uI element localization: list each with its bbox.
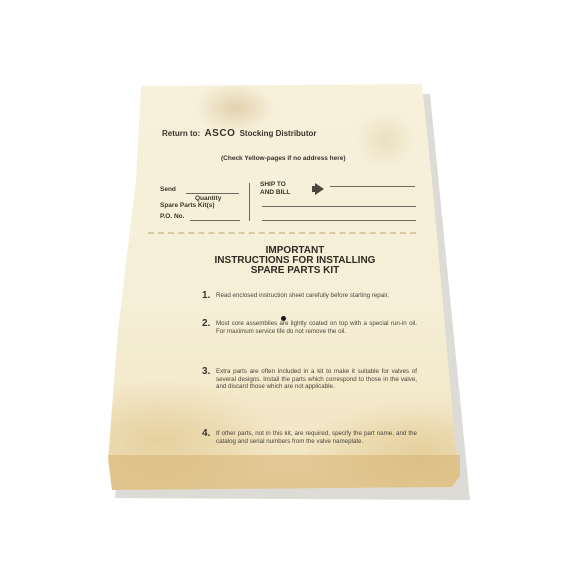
form-divider (249, 183, 250, 221)
address-line-1 (330, 186, 415, 187)
return-prefix: Return to: (162, 129, 200, 138)
ship-to-line1: SHIP TO (260, 181, 290, 189)
instruction-item: 4. If other parts, not in this kit, are … (202, 430, 417, 445)
perforation-line (148, 232, 416, 234)
instruction-text: Most core assemblies are lightly coated … (216, 320, 417, 335)
po-number-line (190, 220, 240, 221)
instruction-item: 1. Read enclosed instruction sheet caref… (202, 292, 417, 300)
quantity-label: Quantity (195, 195, 221, 202)
instruction-text: If other parts, not in this kit, are req… (216, 430, 417, 445)
asco-logo: ASCO (204, 128, 235, 139)
kit-label: Spare Parts Kit(s) (160, 202, 215, 209)
hole-mark (281, 316, 286, 321)
po-label: P.O. No. (160, 213, 184, 220)
address-line-2 (262, 206, 416, 207)
arrow-right-icon (315, 183, 324, 195)
send-label: Send (160, 186, 176, 193)
return-suffix: Stocking Distributor (240, 129, 317, 138)
send-quantity-line (186, 193, 239, 194)
instruction-text: Read enclosed instruction sheet carefull… (216, 292, 417, 300)
ship-to-label: SHIP TO AND BILL (260, 181, 290, 197)
ship-to-line2: AND BILL (260, 189, 290, 197)
heading-line3: SPARE PARTS KIT (150, 266, 440, 276)
return-to-line: Return to: ASCO Stocking Distributor (162, 128, 316, 139)
instruction-item: 3. Extra parts are often included in a k… (202, 368, 417, 391)
instruction-number: 3. (202, 368, 210, 376)
instruction-number: 2. (202, 320, 210, 328)
instructions-heading: IMPORTANT INSTRUCTIONS FOR INSTALLING SP… (150, 246, 440, 276)
instruction-text: Extra parts are often included in a kit … (216, 368, 417, 391)
instruction-number: 1. (202, 292, 210, 300)
check-note: (Check Yellow-pages if no address here) (221, 155, 346, 162)
instruction-number: 4. (202, 430, 210, 438)
address-line-3 (262, 220, 416, 221)
instruction-item: 2. Most core assemblies are lightly coat… (202, 320, 417, 335)
